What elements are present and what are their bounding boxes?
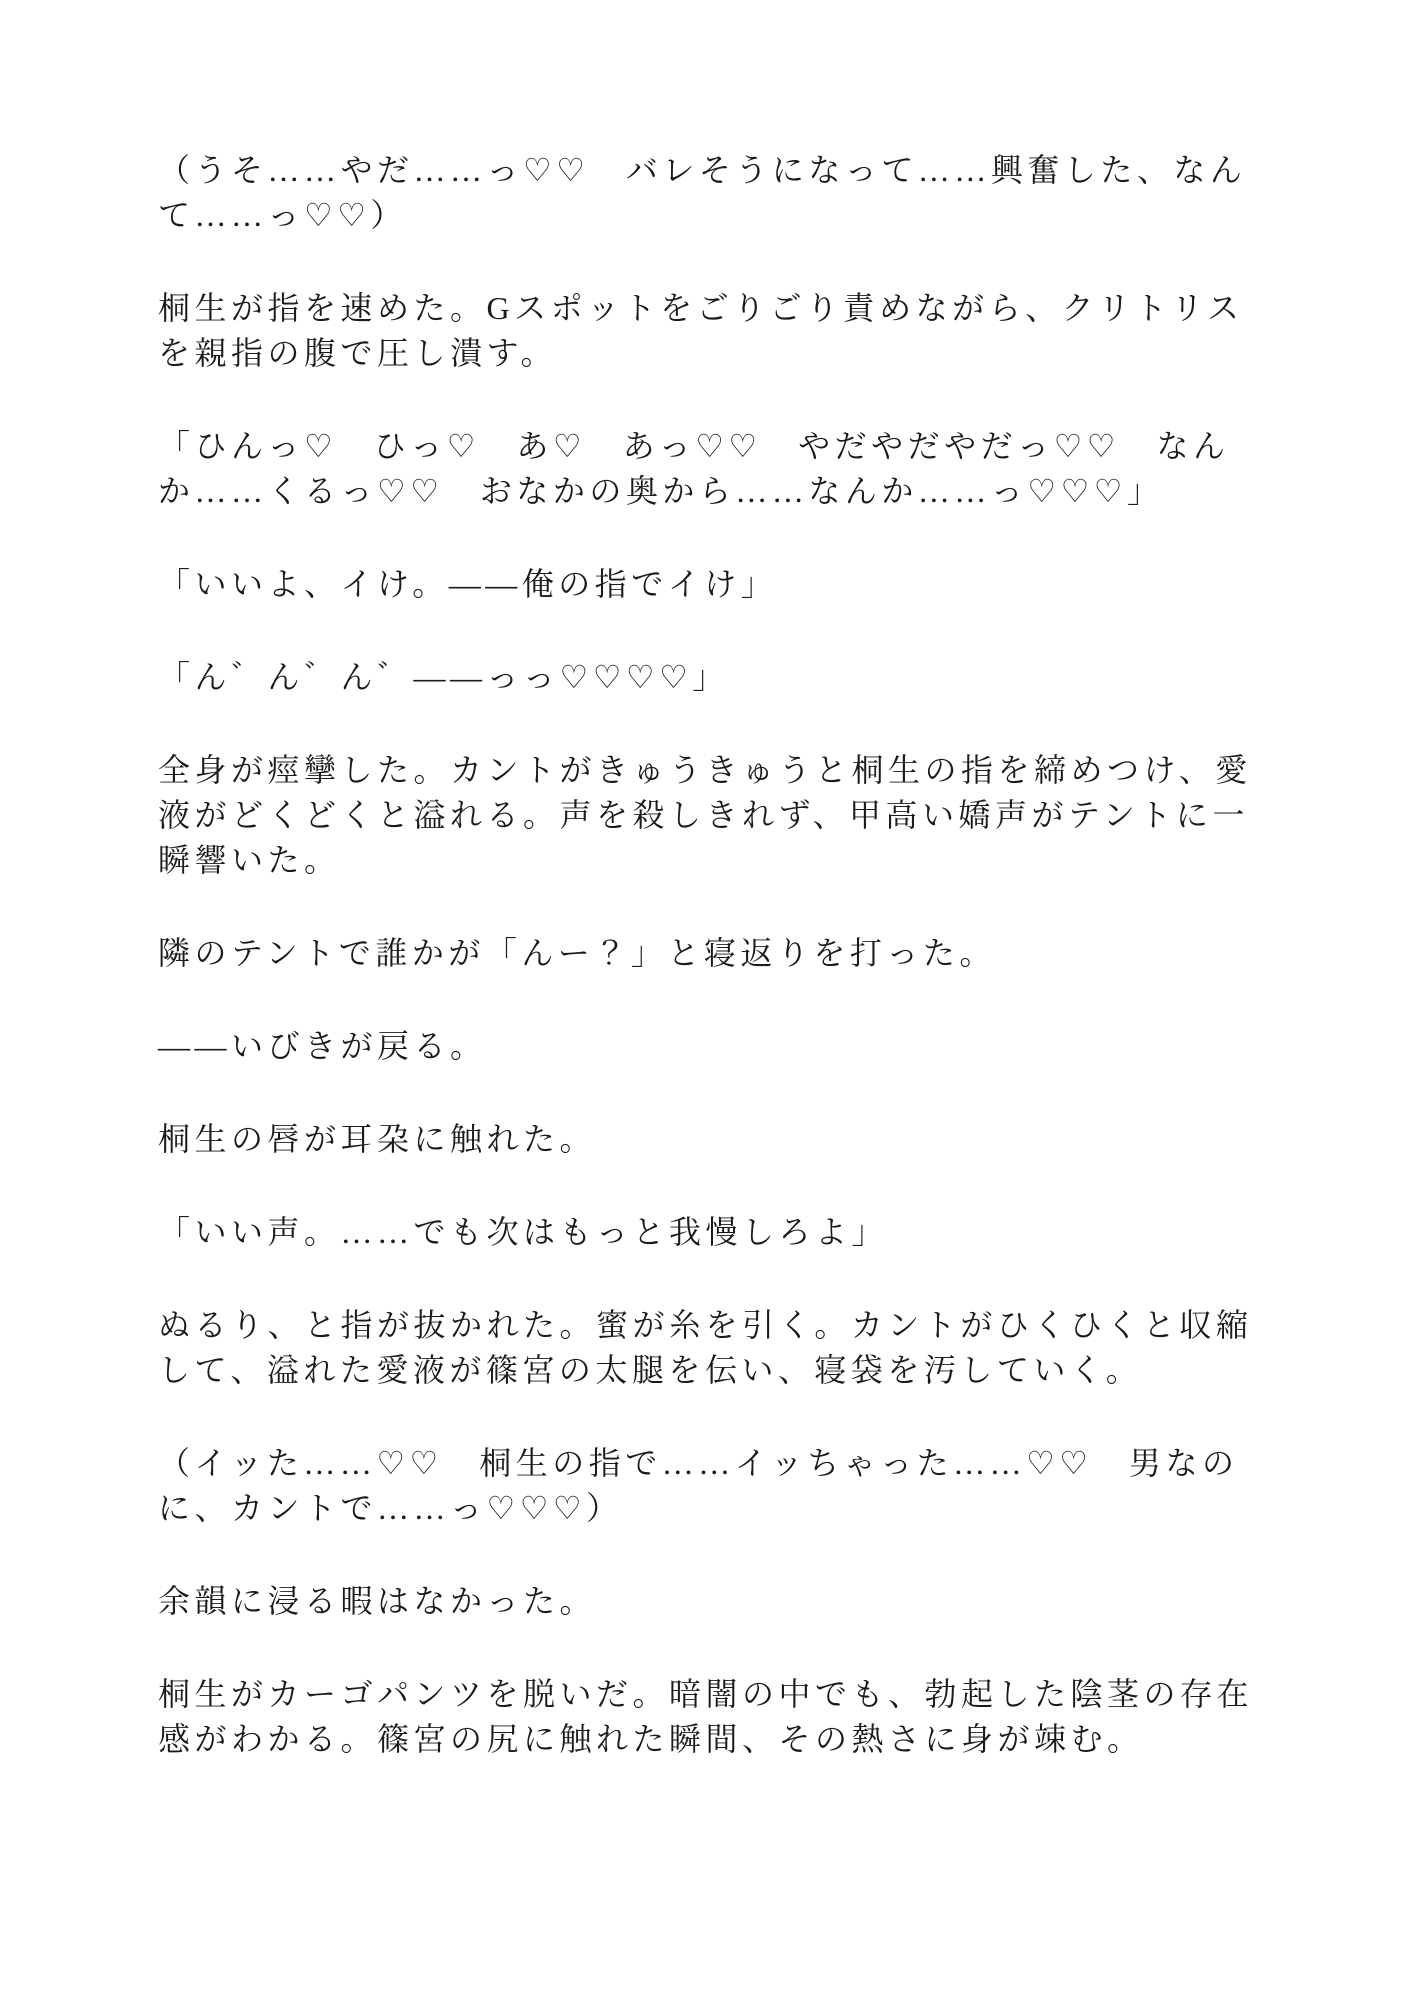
paragraph: 「いいよ、イけ。——俺の指でイけ」 (158, 562, 1278, 607)
paragraph: ぬるり、と指が抜かれた。蜜が糸を引く。カントがひくひくと収縮 して、溢れた愛液が… (158, 1303, 1278, 1393)
paragraph: ——いびきが戻る。 (158, 1024, 1278, 1069)
paragraph: 桐生が指を速めた。Gスポットをごりごり責めながら、クリトリス を親指の腹で圧し潰… (158, 286, 1278, 376)
paragraph: 「ひんっ♡ ひっ♡ あ♡ あっ♡♡ やだやだやだっ♡♡ なん か……くるっ♡♡ … (158, 424, 1278, 514)
paragraph: 全身が痙攣した。カントがきゅうきゅうと桐生の指を締めつけ、愛 液がどくどくと溢れ… (158, 748, 1278, 883)
paragraph: 桐生の唇が耳朶に触れた。 (158, 1117, 1278, 1162)
paragraph: 「ん゛ん゛ん゛——っっ♡♡♡♡」 (158, 655, 1278, 700)
document-page: （うそ……やだ……っ♡♡ バレそうになって……興奮した、なん て……っ♡♡） 桐… (0, 0, 1415, 2000)
paragraph: 「いい声。……でも次はもっと我慢しろよ」 (158, 1210, 1278, 1255)
paragraph: 隣のテントで誰かが「んー？」と寝返りを打った。 (158, 931, 1278, 976)
paragraph: 余韻に浸る暇はなかった。 (158, 1579, 1278, 1624)
paragraph: 桐生がカーゴパンツを脱いだ。暗闇の中でも、勃起した陰茎の存在 感がわかる。篠宮の… (158, 1672, 1278, 1762)
paragraph: （うそ……やだ……っ♡♡ バレそうになって……興奮した、なん て……っ♡♡） (158, 148, 1278, 238)
paragraph: （イッた……♡♡ 桐生の指で……イッちゃった……♡♡ 男なの に、カントで……っ… (158, 1441, 1278, 1531)
text-column: （うそ……やだ……っ♡♡ バレそうになって……興奮した、なん て……っ♡♡） 桐… (158, 148, 1278, 1810)
